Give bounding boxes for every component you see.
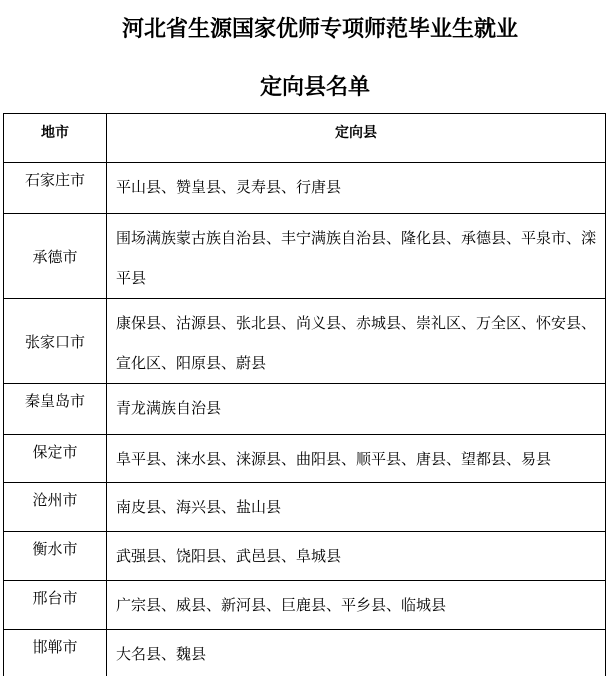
header-counties: 定向县 (107, 114, 606, 163)
counties-cell: 南皮县、海兴县、盐山县 (107, 483, 606, 532)
city-cell: 保定市 (4, 435, 107, 483)
table-row: 张家口市 康保县、沽源县、张北县、尚义县、赤城县、崇礼区、万全区、怀安县、宣化区… (4, 299, 606, 384)
city-cell: 沧州市 (4, 483, 107, 532)
table-row: 沧州市 南皮县、海兴县、盐山县 (4, 483, 606, 532)
city-cell: 衡水市 (4, 532, 107, 581)
counties-cell: 广宗县、威县、新河县、巨鹿县、平乡县、临城县 (107, 581, 606, 630)
table-header-row: 地市 定向县 (4, 114, 606, 163)
city-cell: 邯郸市 (4, 630, 107, 676)
table-row: 邢台市 广宗县、威县、新河县、巨鹿县、平乡县、临城县 (4, 581, 606, 630)
table-row: 保定市 阜平县、涞水县、涞源县、曲阳县、顺平县、唐县、望都县、易县 (4, 435, 606, 483)
document-title-line2: 定向县名单 (0, 70, 610, 101)
counties-cell: 康保县、沽源县、张北县、尚义县、赤城县、崇礼区、万全区、怀安县、宣化区、阳原县、… (107, 299, 606, 384)
city-cell: 邢台市 (4, 581, 107, 630)
city-cell: 张家口市 (4, 299, 107, 384)
counties-cell: 阜平县、涞水县、涞源县、曲阳县、顺平县、唐县、望都县、易县 (107, 435, 606, 483)
table-row: 邯郸市 大名县、魏县 (4, 630, 606, 676)
table-row: 承德市 围场满族蒙古族自治县、丰宁满族自治县、隆化县、承德县、平泉市、滦平县 (4, 214, 606, 299)
city-cell: 承德市 (4, 214, 107, 299)
counties-cell: 平山县、赞皇县、灵寿县、行唐县 (107, 163, 606, 214)
counties-cell: 大名县、魏县 (107, 630, 606, 676)
document-title-line1: 河北省生源国家优师专项师范毕业生就业 (0, 12, 610, 43)
counties-cell: 武强县、饶阳县、武邑县、阜城县 (107, 532, 606, 581)
counties-cell: 围场满族蒙古族自治县、丰宁满族自治县、隆化县、承德县、平泉市、滦平县 (107, 214, 606, 299)
header-city: 地市 (4, 114, 107, 163)
counties-cell: 青龙满族自治县 (107, 384, 606, 435)
table-row: 石家庄市 平山县、赞皇县、灵寿县、行唐县 (4, 163, 606, 214)
city-cell: 石家庄市 (4, 163, 107, 214)
table-row: 秦皇岛市 青龙满族自治县 (4, 384, 606, 435)
table-row: 衡水市 武强县、饶阳县、武邑县、阜城县 (4, 532, 606, 581)
county-list-table: 地市 定向县 石家庄市 平山县、赞皇县、灵寿县、行唐县 承德市 围场满族蒙古族自… (3, 113, 606, 676)
city-cell: 秦皇岛市 (4, 384, 107, 435)
